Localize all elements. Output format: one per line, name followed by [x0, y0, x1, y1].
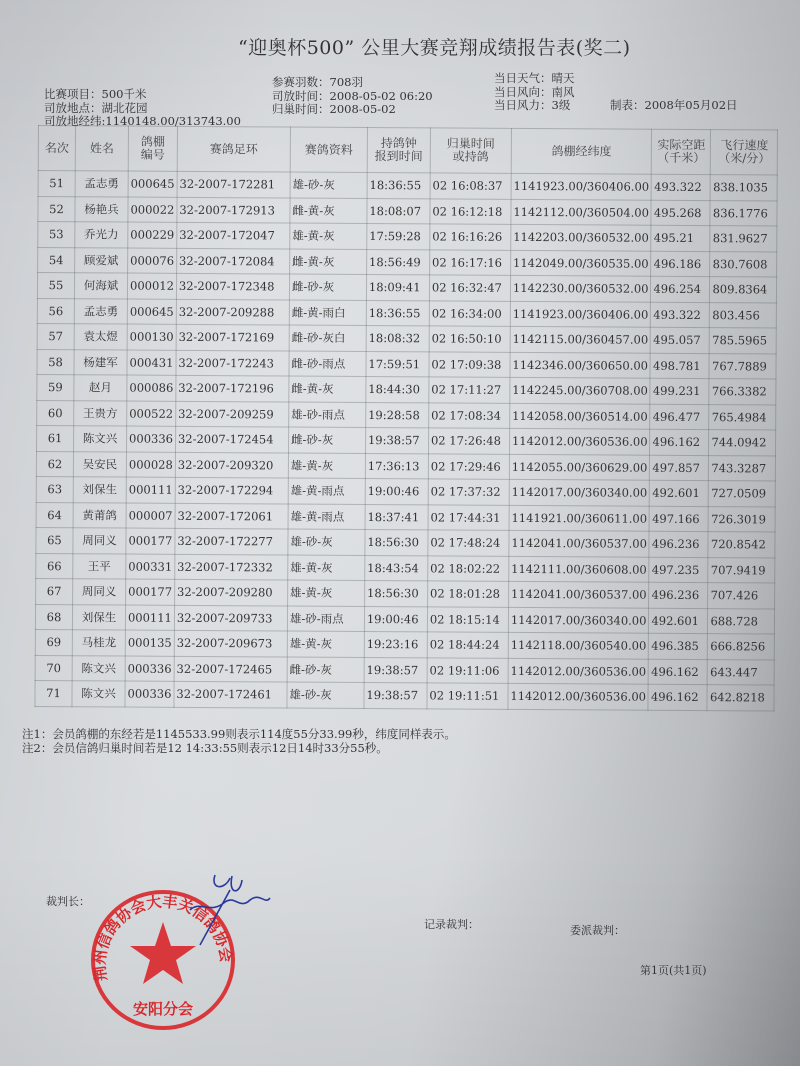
cell-rank: 54: [38, 247, 75, 273]
cell-rank: 52: [38, 196, 75, 222]
cell-name: 刘保生: [73, 477, 126, 503]
cell-pigeon-info: 雄-砂-雨点: [289, 402, 366, 428]
cell-name: 陈文兴: [74, 426, 127, 452]
cell-pigeon-info: 雌-砂-雨点: [289, 351, 366, 377]
cell-clock-time: 18:44:30: [366, 377, 429, 403]
cell-speed: 785.5965: [710, 328, 777, 354]
cell-arrival-time: 02 16:16:26: [430, 224, 511, 250]
cell-name: 袁太煜: [74, 324, 127, 350]
col-distance: 实际空距 （千米）: [652, 129, 711, 174]
cell-clock-time: 19:00:46: [365, 479, 428, 505]
cell-loft-id: 000645: [128, 171, 177, 197]
cell-distance: 496.236: [649, 531, 708, 557]
cell-arrival-time: 02 17:37:32: [428, 479, 509, 505]
info-item: 比赛项目：500千米: [44, 88, 241, 102]
col-speed: 飞行速度 （米/分）: [711, 130, 778, 175]
cell-clock-time: 18:56:30: [364, 581, 427, 607]
cell-ring: 32-2007-172084: [177, 248, 290, 274]
cell-arrival-time: 02 18:02:22: [428, 555, 509, 581]
cell-rank: 51: [38, 171, 75, 197]
cell-ring: 32-2007-172281: [177, 171, 290, 197]
info-item: 归巢时间：2008-05-02: [272, 103, 433, 117]
cell-name: 吴安民: [73, 451, 126, 477]
cell-coordinates: 1142230.00/360532.00: [510, 275, 651, 301]
cell-loft-id: 000022: [128, 197, 177, 223]
assigned-judge-label: 委派裁判：: [570, 922, 625, 938]
col-rank: 名次: [38, 126, 75, 171]
cell-clock-time: 18:43:54: [365, 555, 428, 581]
cell-arrival-time: 02 18:01:28: [427, 581, 508, 607]
cell-speed: 766.3382: [709, 379, 776, 405]
cell-arrival-time: 02 18:44:24: [427, 632, 508, 658]
cell-ring: 32-2007-172465: [174, 656, 287, 682]
cell-clock-time: 19:38:57: [365, 428, 428, 454]
cell-rank: 64: [36, 502, 73, 528]
cell-loft-id: 000130: [127, 324, 176, 350]
cell-rank: 57: [37, 323, 74, 349]
report-title: “迎奥杯500” 公里大赛竞翔成绩报告表(奖二): [238, 33, 631, 60]
cell-loft-id: 000331: [126, 554, 175, 580]
cell-name: 王贵方: [74, 400, 127, 426]
cell-ring: 32-2007-172332: [175, 554, 288, 580]
cell-arrival-time: 02 16:50:10: [429, 326, 510, 352]
cell-rank: 63: [36, 476, 73, 502]
cell-distance: 496.236: [649, 582, 708, 608]
cell-speed: 642.8218: [707, 685, 774, 711]
cell-arrival-time: 02 19:11:06: [427, 657, 508, 683]
cell-rank: 61: [37, 425, 74, 451]
cell-clock-time: 18:56:30: [365, 530, 428, 556]
cell-arrival-time: 02 16:17:16: [429, 249, 510, 275]
cell-ring: 32-2007-172454: [175, 426, 288, 452]
cell-arrival-time: 02 16:12:18: [430, 198, 511, 224]
cell-speed: 666.8256: [708, 634, 775, 660]
col-name: 姓名: [75, 126, 128, 171]
cell-loft-id: 000012: [127, 273, 176, 299]
info-left: 比赛项目：500千米 司放地点：湖北花园 司放地经纬:1140148.00/31…: [44, 88, 241, 129]
cell-ring: 32-2007-172196: [176, 375, 289, 401]
cell-loft-id: 000028: [126, 452, 175, 478]
cell-pigeon-info: 雄-黄-灰: [287, 580, 364, 606]
cell-rank: 56: [37, 298, 74, 324]
col-loft-id: 鸽棚 编号: [128, 126, 177, 171]
col-pigeon-info: 赛鸽资料: [290, 127, 367, 172]
cell-arrival-time: 02 16:34:00: [429, 300, 510, 326]
cell-speed: 831.9627: [710, 226, 777, 252]
cell-coordinates: 1142346.00/360650.00: [510, 352, 651, 378]
cell-speed: 809.8364: [710, 277, 777, 303]
cell-speed: 727.0509: [709, 481, 776, 507]
results-body: 51孟志勇00064532-2007-172281雄-砂-灰18:36:5502…: [35, 171, 778, 711]
cell-distance: 492.601: [650, 480, 709, 506]
cell-clock-time: 19:28:58: [366, 402, 429, 428]
cell-ring: 32-2007-209673: [174, 630, 287, 656]
cell-arrival-time: 02 17:08:34: [429, 402, 510, 428]
cell-speed: 726.3019: [709, 506, 776, 532]
cell-pigeon-info: 雌-黄-灰: [290, 249, 367, 275]
cell-ring: 32-2007-209288: [176, 299, 289, 325]
cell-distance: 496.477: [650, 404, 709, 430]
cell-pigeon-info: 雄-砂-灰: [290, 172, 367, 198]
cell-distance: 498.781: [650, 353, 709, 379]
cell-arrival-time: 02 17:29:46: [428, 453, 509, 479]
cell-name: 陈文兴: [72, 655, 125, 681]
cell-clock-time: 19:23:16: [364, 632, 427, 658]
cell-clock-time: 18:09:41: [366, 275, 429, 301]
cell-distance: 496.186: [651, 251, 710, 277]
cell-coordinates: 1142012.00/360536.00: [508, 658, 649, 684]
cell-clock-time: 17:36:13: [365, 453, 428, 479]
cell-pigeon-info: 雄-黄-灰: [288, 555, 365, 581]
col-coordinates: 鸽棚经纬度: [511, 128, 652, 174]
cell-clock-time: 18:36:55: [367, 173, 430, 199]
cell-arrival-time: 02 17:48:24: [428, 530, 509, 556]
cell-coordinates: 1142112.00/360504.00: [511, 199, 652, 225]
cell-pigeon-info: 雌-砂-灰: [288, 427, 365, 453]
cell-coordinates: 1142017.00/360340.00: [509, 479, 650, 505]
cell-rank: 70: [35, 655, 72, 681]
cell-distance: 495.21: [651, 225, 710, 251]
cell-clock-time: 19:00:46: [364, 606, 427, 632]
record-judge-label: 记录裁判：: [424, 916, 479, 932]
cell-coordinates: 1142012.00/360536.00: [508, 683, 649, 709]
cell-coordinates: 1142017.00/360340.00: [508, 607, 649, 633]
cell-ring: 32-2007-172913: [177, 197, 290, 223]
cell-ring: 32-2007-209259: [176, 401, 289, 427]
cell-clock-time: 19:38:57: [364, 683, 427, 709]
cell-coordinates: 1142041.00/360537.00: [508, 581, 649, 607]
cell-distance: 496.162: [649, 659, 708, 685]
cell-name: 周同义: [73, 579, 126, 605]
cell-rank: 66: [36, 553, 73, 579]
cell-pigeon-info: 雌-黄-灰: [290, 198, 367, 224]
cell-name: 黄莆鸽: [73, 502, 126, 528]
cell-ring: 32-2007-172348: [176, 273, 289, 299]
cell-arrival-time: 02 19:11:51: [427, 683, 508, 709]
cell-distance: 496.254: [651, 276, 710, 302]
cell-rank: 71: [35, 680, 72, 706]
cell-speed: 767.7889: [709, 353, 776, 379]
cell-pigeon-info: 雌-砂-灰白: [289, 325, 366, 351]
cell-speed: 836.1776: [710, 200, 777, 226]
cell-arrival-time: 02 17:44:31: [428, 504, 509, 530]
cell-pigeon-info: 雄-砂-雨点: [287, 606, 364, 632]
cell-clock-time: 18:36:55: [366, 300, 429, 326]
cell-ring: 32-2007-172277: [175, 528, 288, 554]
cell-speed: 744.0942: [709, 430, 776, 456]
cell-coordinates: 1141923.00/360406.00: [511, 173, 652, 199]
cell-coordinates: 1142203.00/360532.00: [511, 224, 652, 250]
cell-loft-id: 000336: [127, 426, 176, 452]
cell-coordinates: 1142058.00/360514.00: [510, 403, 651, 429]
cell-loft-id: 000177: [126, 579, 175, 605]
cell-ring: 32-2007-172243: [176, 350, 289, 376]
cell-speed: 707.426: [708, 583, 775, 609]
cell-coordinates: 1142118.00/360540.00: [508, 632, 649, 658]
cell-loft-id: 000336: [125, 681, 174, 707]
cell-ring: 32-2007-172169: [176, 324, 289, 350]
cell-clock-time: 19:38:57: [364, 657, 427, 683]
cell-clock-time: 18:08:07: [367, 198, 430, 224]
cell-loft-id: 000111: [125, 605, 174, 631]
cell-loft-id: 000086: [127, 375, 176, 401]
stamp-bottom-text: 安阳分会: [133, 1000, 193, 1018]
cell-arrival-time: 02 17:11:27: [429, 377, 510, 403]
cell-coordinates: 1142111.00/360608.00: [509, 556, 650, 582]
cell-rank: 58: [37, 349, 74, 375]
cell-speed: 688.728: [708, 608, 775, 634]
page-number: 第1页(共1页): [640, 962, 707, 978]
cell-rank: 65: [36, 527, 73, 553]
cell-loft-id: 000336: [125, 656, 174, 682]
cell-name: 乔光力: [75, 222, 128, 248]
notes: 注1：会员鸽棚的东经若是1145533.99则表示114度55分33.99秒，纬…: [22, 727, 456, 755]
cell-distance: 497.166: [650, 506, 709, 532]
cell-rank: 69: [35, 629, 72, 655]
cell-pigeon-info: 雄-黄-雨点: [288, 504, 365, 530]
cell-name: 赵月: [74, 375, 127, 401]
cell-name: 杨艳兵: [75, 196, 128, 222]
cell-name: 杨建军: [74, 349, 127, 375]
cell-coordinates: 1142041.00/360537.00: [509, 530, 650, 556]
cell-rank: 62: [36, 451, 73, 477]
info-middle: 参赛羽数：708羽 司放时间：2008-05-02 06:20 归巢时间：200…: [272, 76, 433, 117]
cell-name: 陈文兴: [72, 681, 125, 707]
cell-coordinates: 1142115.00/360457.00: [510, 326, 651, 352]
cell-ring: 32-2007-209320: [175, 452, 288, 478]
made-date: 制表：2008年05月02日: [610, 99, 738, 113]
cell-pigeon-info: 雌-黄-雨白: [289, 300, 366, 326]
cell-coordinates: 1141921.00/360611.00: [509, 505, 650, 531]
cell-distance: 495.057: [651, 327, 710, 353]
cell-ring: 32-2007-172461: [174, 681, 287, 707]
info-right: 当日天气：晴天 当日风向：南风 当日风力：3级: [494, 72, 575, 113]
cell-rank: 60: [37, 400, 74, 426]
cell-coordinates: 1141923.00/360406.00: [510, 301, 651, 327]
cell-loft-id: 000111: [126, 477, 175, 503]
info-item: 当日风力：3级: [494, 99, 575, 113]
col-ring: 赛鸽足环: [177, 126, 290, 172]
cell-speed: 743.3287: [709, 455, 776, 481]
cell-speed: 765.4984: [709, 404, 776, 430]
results-table: 名次 姓名 鸽棚 编号 赛鸽足环 赛鸽资料 持鸽钟 报到时间 归巢时间 或持鸽 …: [34, 125, 778, 711]
cell-pigeon-info: 雄-黄-灰: [290, 223, 367, 249]
cell-coordinates: 1142245.00/360708.00: [510, 377, 651, 403]
info-item: 司放时间：2008-05-02 06:20: [272, 90, 433, 104]
cell-name: 马桂龙: [72, 630, 125, 656]
cell-ring: 32-2007-209280: [174, 579, 287, 605]
cell-speed: 707.9419: [708, 557, 775, 583]
cell-clock-time: 18:56:49: [366, 249, 429, 275]
cell-distance: 496.162: [648, 684, 707, 710]
cell-ring: 32-2007-172294: [175, 477, 288, 503]
header-row: 名次 姓名 鸽棚 编号 赛鸽足环 赛鸽资料 持鸽钟 报到时间 归巢时间 或持鸽 …: [38, 126, 778, 176]
cell-speed: 720.8542: [708, 532, 775, 558]
cell-distance: 497.857: [650, 455, 709, 481]
cell-clock-time: 17:59:51: [366, 351, 429, 377]
cell-loft-id: 000007: [126, 503, 175, 529]
cell-rank: 68: [35, 604, 72, 630]
cell-distance: 492.601: [649, 608, 708, 634]
cell-pigeon-info: 雌-砂-灰: [287, 657, 364, 683]
cell-distance: 493.322: [652, 174, 711, 200]
cell-name: 何海斌: [74, 273, 127, 299]
cell-loft-id: 000431: [127, 350, 176, 376]
info-item: 当日天气：晴天: [494, 72, 575, 86]
cell-name: 刘保生: [72, 604, 125, 630]
cell-speed: 830.7608: [710, 251, 777, 277]
cell-rank: 59: [37, 374, 74, 400]
table-row: 71陈文兴00033632-2007-172461雄-砂-灰19:38:5702…: [35, 680, 775, 710]
cell-ring: 32-2007-209733: [174, 605, 287, 631]
cell-name: 孟志勇: [74, 298, 127, 324]
cell-loft-id: 000135: [125, 630, 174, 656]
cell-coordinates: 1142055.00/360629.00: [509, 454, 650, 480]
cell-clock-time: 18:08:32: [366, 326, 429, 352]
cell-clock-time: 17:59:28: [367, 224, 430, 250]
cell-name: 孟志勇: [75, 171, 128, 197]
cell-distance: 495.268: [651, 200, 710, 226]
cell-distance: 496.162: [650, 429, 709, 455]
cell-pigeon-info: 雌-砂-灰: [289, 274, 366, 300]
cell-name: 顾爱斌: [75, 247, 128, 273]
col-clock-time: 持鸽钟 报到时间: [367, 128, 430, 173]
cell-arrival-time: 02 17:09:38: [429, 351, 510, 377]
handwritten-signature: [170, 870, 280, 950]
cell-distance: 493.322: [651, 302, 710, 328]
cell-distance: 496.385: [649, 633, 708, 659]
cell-rank: 67: [36, 578, 73, 604]
note-1: 注1：会员鸽棚的东经若是1145533.99则表示114度55分33.99秒，纬…: [22, 727, 456, 741]
cell-speed: 803.456: [710, 302, 777, 328]
cell-ring: 32-2007-172061: [175, 503, 288, 529]
cell-rank: 53: [38, 222, 75, 248]
cell-rank: 55: [37, 273, 74, 299]
cell-distance: 499.231: [650, 378, 709, 404]
info-item: 当日风向：南风: [494, 86, 575, 100]
cell-arrival-time: 02 16:32:47: [429, 275, 510, 301]
cell-name: 王平: [73, 553, 126, 579]
cell-pigeon-info: 雄-黄-灰: [287, 631, 364, 657]
cell-loft-id: 000177: [126, 528, 175, 554]
cell-pigeon-info: 雄-砂-灰: [288, 529, 365, 555]
cell-coordinates: 1142012.00/360536.00: [509, 428, 650, 454]
cell-loft-id: 000522: [127, 401, 176, 427]
col-arrival-time: 归巢时间 或持鸽: [430, 128, 511, 173]
cell-pigeon-info: 雄-黄-雨点: [288, 478, 365, 504]
cell-arrival-time: 02 16:08:37: [430, 173, 511, 199]
cell-loft-id: 000076: [128, 248, 177, 274]
cell-speed: 643.447: [708, 659, 775, 685]
cell-clock-time: 18:37:41: [365, 504, 428, 530]
cell-loft-id: 000229: [128, 222, 177, 248]
cell-distance: 497.235: [649, 557, 708, 583]
cell-name: 周同义: [73, 528, 126, 554]
info-item: 司放地点：湖北花园: [44, 102, 241, 116]
cell-speed: 838.1035: [711, 175, 778, 201]
cell-pigeon-info: 雌-黄-灰: [289, 376, 366, 402]
cell-pigeon-info: 雄-砂-灰: [287, 682, 364, 708]
cell-arrival-time: 02 17:26:48: [428, 428, 509, 454]
cell-loft-id: 000645: [127, 299, 176, 325]
cell-ring: 32-2007-172047: [177, 222, 290, 248]
cell-coordinates: 1142049.00/360535.00: [510, 250, 651, 276]
cell-pigeon-info: 雄-黄-灰: [288, 453, 365, 479]
cell-arrival-time: 02 18:15:14: [427, 606, 508, 632]
info-item: 参赛羽数：708羽: [272, 76, 433, 90]
note-2: 注2：会员信鸽归巢时间若是12 14:33:55则表示12日14时33分55秒。: [22, 741, 456, 755]
